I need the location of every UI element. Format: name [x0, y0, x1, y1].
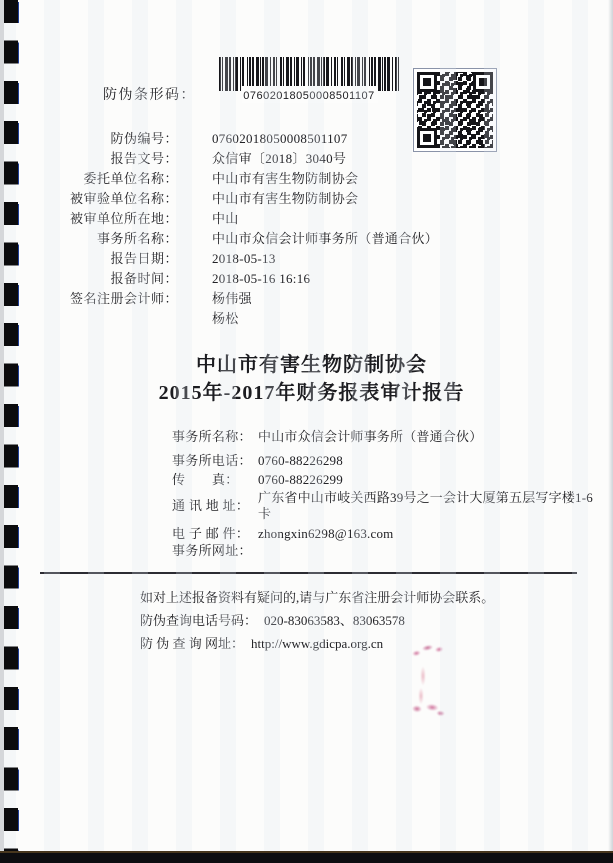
info-row-filing-time: 报备时间： 2018-05-16 16:16 [58, 269, 588, 289]
verification-footer: 如对上述报备资料有疑问的,请与广东省注册会计师协会联系。 防伪查询电话号码： 0… [140, 590, 494, 659]
field-value: 中山市有害生物防制协会 [212, 189, 358, 209]
field-value: 2018-05-13 [212, 249, 276, 269]
info-row-firm-name: 事务所名称： 中山市众信会计师事务所（普通合伙） [58, 229, 588, 249]
info-row-unit-location: 被审单位所在地： 中山 [58, 209, 588, 229]
field-label: 事务所名称： [58, 229, 178, 249]
field-value: 0760-88226299 [258, 472, 603, 488]
pink-stamp-smudge [407, 696, 449, 722]
field-value [258, 543, 603, 559]
field-label: 报告文号： [58, 149, 178, 169]
field-value: 07602018050008501107 [212, 129, 348, 149]
field-label: 委托单位名称： [58, 169, 178, 189]
field-value: 2018-05-16 16:16 [212, 269, 310, 289]
field-label: 事务所电话： [172, 453, 254, 469]
field-label: 通 讯 地 址： [172, 498, 254, 514]
field-label [58, 309, 178, 329]
qr-finder-top-left [417, 72, 437, 92]
firm-row-email: 电 子 邮 件： zhongxin6298@163.com [172, 526, 603, 542]
field-value: 中山市有害生物防制协会 [212, 169, 358, 189]
firm-row-address: 通 讯 地 址： 广东省中山市岐关西路39号之一会计大厦第五层写字楼1-6卡 [172, 489, 603, 523]
field-value: 杨伟强 [212, 289, 252, 309]
barcode: 07602018050008501107 [218, 57, 401, 105]
field-value: zhongxin6298@163.com [258, 526, 603, 542]
info-row-signing-cpa: 签名注册会计师： 杨伟强 [58, 289, 588, 309]
info-row-client-name: 委托单位名称： 中山市有害生物防制协会 [58, 169, 588, 189]
field-value: 中山市众信会计师事务所（普通合伙） [212, 229, 438, 249]
info-row-report-date: 报告日期： 2018-05-13 [58, 249, 588, 269]
field-value: 中山 [212, 209, 239, 229]
report-title-line1: 中山市有害生物防制协会 [10, 351, 613, 379]
qr-finder-top-right [473, 72, 493, 92]
scanned-page: 防伪条形码： 07602018050008501107 [0, 0, 613, 863]
footer-website-row: 防 伪 查 询 网址： http://www.gdicpa.org.cn [140, 636, 494, 652]
barcode-label: 防伪条形码： [103, 84, 196, 104]
field-value: 0760-88226298 [258, 453, 603, 469]
field-label: 防 伪 查 询 网址： [140, 636, 244, 652]
field-value: 020-83063583、83063578 [264, 613, 405, 629]
field-value: 杨松 [212, 309, 239, 329]
barcode-digits: 07602018050008501107 [243, 90, 375, 102]
info-row-signing-cpa-2: 杨松 [58, 309, 588, 329]
field-value: 中山市众信会计师事务所（普通合伙） [258, 429, 603, 445]
binder-rings [0, 0, 26, 851]
firm-row-website: 事务所网址： [172, 543, 603, 559]
field-label: 签名注册会计师： [58, 289, 178, 309]
field-label: 事务所名称： [172, 429, 254, 445]
info-row-security-number: 防伪编号： 07602018050008501107 [58, 129, 588, 149]
firm-row-phone: 事务所电话： 0760-88226298 [172, 453, 603, 469]
field-label: 防伪查询电话号码： [140, 613, 257, 629]
firm-row-fax: 传 真： 0760-88226299 [172, 472, 603, 488]
footer-phone-row: 防伪查询电话号码： 020-83063583、83063578 [140, 613, 494, 629]
info-row-audited-unit: 被审验单位名称： 中山市有害生物防制协会 [58, 189, 588, 209]
field-value: 广东省中山市岐关西路39号之一会计大厦第五层写字楼1-6卡 [258, 490, 603, 522]
scan-edge-right [608, 0, 613, 863]
info-row-report-number: 报告文号： 众信审〔2018〕3040号 [58, 149, 588, 169]
field-value: http://www.gdicpa.org.cn [251, 636, 383, 652]
field-value: 众信审〔2018〕3040号 [212, 149, 346, 169]
field-label: 传 真： [172, 472, 254, 488]
scan-edge-bottom [0, 851, 613, 863]
report-title: 中山市有害生物防制协会 2015年-2017年财务报表审计报告 [0, 351, 613, 407]
field-label: 报告日期： [58, 249, 178, 269]
field-label: 被审单位所在地： [58, 209, 178, 229]
horizontal-divider [40, 572, 577, 574]
field-label: 防伪编号： [58, 129, 178, 149]
field-label: 电 子 邮 件： [172, 526, 254, 542]
field-label: 事务所网址： [172, 543, 254, 559]
firm-row-name: 事务所名称： 中山市众信会计师事务所（普通合伙） [172, 429, 603, 445]
pink-stamp-smudge [414, 664, 432, 708]
report-title-line2: 2015年-2017年财务报表审计报告 [10, 379, 613, 407]
footer-notice: 如对上述报备资料有疑问的,请与广东省注册会计师协会联系。 [140, 590, 494, 606]
field-label: 报备时间： [58, 269, 178, 289]
field-label: 被审验单位名称： [58, 189, 178, 209]
report-info-list: 防伪编号： 07602018050008501107 报告文号： 众信审〔201… [58, 129, 588, 329]
